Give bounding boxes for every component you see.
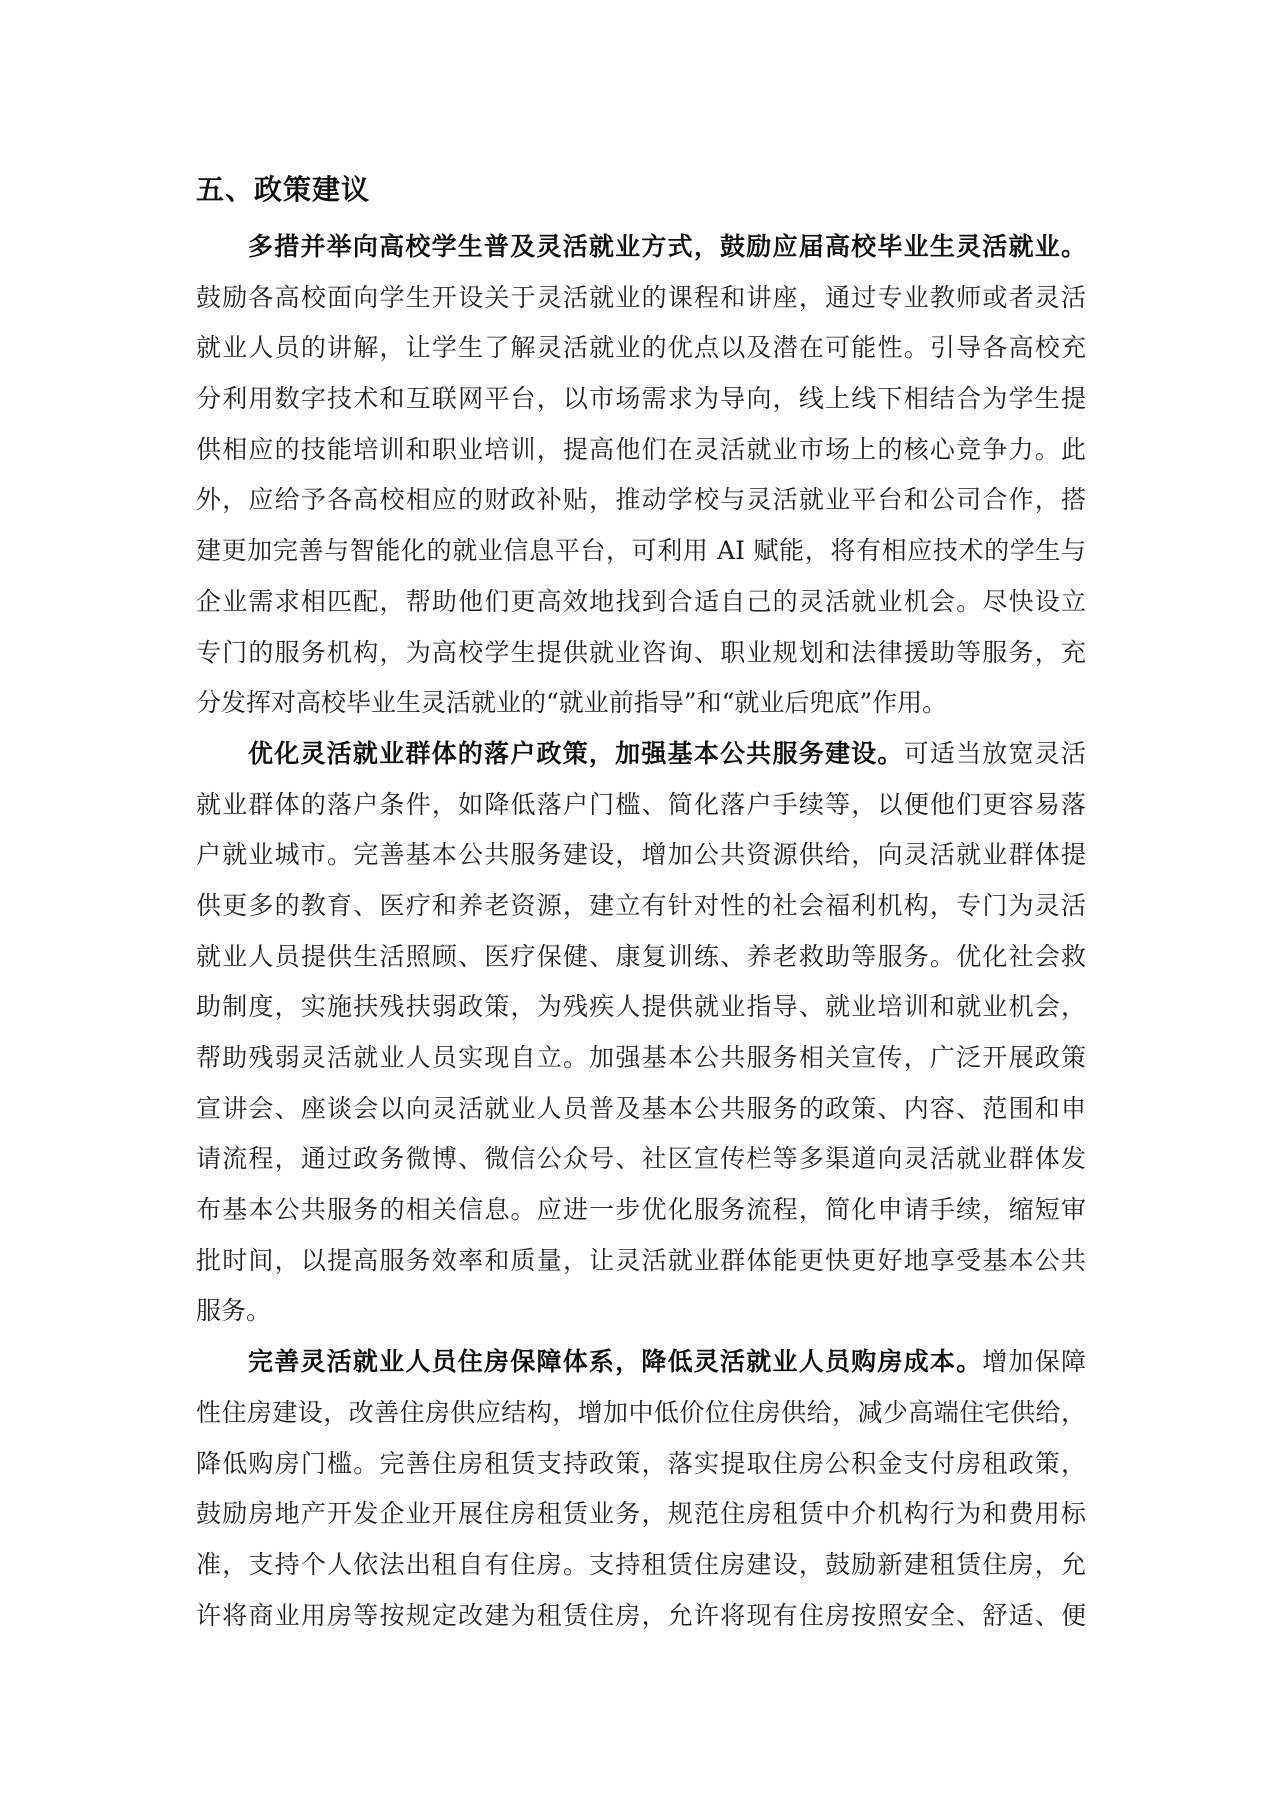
paragraph-2-line: 帮助残弱灵活就业人员实现自立。加强基本公共服务相关宣传，广泛开展政策 [196, 1033, 1086, 1084]
paragraph-1-line: 专门的服务机构，为高校学生提供就业咨询、职业规划和法律援助等服务，充 [196, 628, 1086, 679]
paragraph-3-lead-tail: 增加保障 [982, 1347, 1086, 1376]
paragraph-1-line: 建更加完善与智能化的就业信息平台，可利用 AI 赋能，将有相应技术的学生与 [196, 526, 1086, 577]
section-heading: 五、政策建议 [196, 172, 370, 208]
paragraph-1-line: 就业人员的讲解，让学生了解灵活就业的优点以及潜在可能性。引导各高校充 [196, 323, 1086, 374]
paragraph-2-line: 就业人员提供生活照顾、医疗保健、康复训练、养老救助等服务。优化社会救 [196, 932, 1086, 983]
paragraph-2-line: 助制度，实施扶残扶弱政策，为残疾人提供就业指导、就业培训和就业机会， [196, 982, 1086, 1033]
document-page: 五、政策建议 多措并举向高校学生普及灵活就业方式，鼓励应届高校毕业生灵活就业。 … [0, 0, 1280, 1810]
paragraph-3-line: 性住房建设，改善住房供应结构，增加中低价位住房供给，减少高端住宅供给， [196, 1388, 1086, 1439]
paragraph-1-line: 外，应给予各高校相应的财政补贴，推动学校与灵活就业平台和公司合作，搭 [196, 475, 1086, 526]
paragraph-2-line: 户就业城市。完善基本公共服务建设，增加公共资源供给，向灵活就业群体提 [196, 830, 1086, 881]
paragraph-2-lead-tail: 可适当放宽灵活 [904, 739, 1086, 768]
paragraph-2-lead: 优化灵活就业群体的落户政策，加强基本公共服务建设。 [248, 739, 904, 768]
paragraph-3-line: 准，支持个人依法出租自有住房。支持租赁住房建设，鼓励新建租赁住房，允 [196, 1540, 1086, 1591]
paragraph-2-line: 请流程，通过政务微博、微信公众号、社区宣传栏等多渠道向灵活就业群体发 [196, 1134, 1086, 1185]
paragraph-2-line: 宣讲会、座谈会以向灵活就业人员普及基本公共服务的政策、内容、范围和申 [196, 1084, 1086, 1135]
document-body: 多措并举向高校学生普及灵活就业方式，鼓励应届高校毕业生灵活就业。 鼓励各高校面向… [196, 222, 1086, 1641]
paragraph-2-line: 服务。 [196, 1286, 1086, 1337]
paragraph-3-line: 鼓励房地产开发企业开展住房租赁业务，规范住房租赁中介机构行为和费用标 [196, 1489, 1086, 1540]
paragraph-1-lead: 多措并举向高校学生普及灵活就业方式，鼓励应届高校毕业生灵活就业。 [248, 232, 1086, 261]
paragraph-1-line: 供相应的技能培训和职业培训，提高他们在灵活就业市场上的核心竞争力。此 [196, 425, 1086, 476]
paragraph-1-line: 鼓励各高校面向学生开设关于灵活就业的课程和讲座，通过专业教师或者灵活 [196, 273, 1086, 324]
paragraph-3-line: 降低购房门槛。完善住房租赁支持政策，落实提取住房公积金支付房租政策， [196, 1439, 1086, 1490]
paragraph-1-line: 企业需求相匹配，帮助他们更高效地找到合适自己的灵活就业机会。尽快设立 [196, 577, 1086, 628]
paragraph-2-lead-line: 优化灵活就业群体的落户政策，加强基本公共服务建设。可适当放宽灵活 [196, 729, 1086, 780]
paragraph-3-lead: 完善灵活就业人员住房保障体系，降低灵活就业人员购房成本。 [248, 1347, 982, 1376]
paragraph-2-line: 供更多的教育、医疗和养老资源，建立有针对性的社会福利机构，专门为灵活 [196, 881, 1086, 932]
paragraph-3-lead-line: 完善灵活就业人员住房保障体系，降低灵活就业人员购房成本。增加保障 [196, 1337, 1086, 1388]
paragraph-1-line: 分发挥对高校毕业生灵活就业的“就业前指导”和“就业后兜底”作用。 [196, 678, 1086, 729]
paragraph-2-line: 布基本公共服务的相关信息。应进一步优化服务流程，简化申请手续，缩短审 [196, 1185, 1086, 1236]
paragraph-3-line: 许将商业用房等按规定改建为租赁住房，允许将现有住房按照安全、舒适、便 [196, 1591, 1086, 1642]
paragraph-1-line: 分利用数字技术和互联网平台，以市场需求为导向，线上线下相结合为学生提 [196, 374, 1086, 425]
paragraph-2-line: 就业群体的落户条件，如降低落户门槛、简化落户手续等，以便他们更容易落 [196, 780, 1086, 831]
paragraph-1-lead-line: 多措并举向高校学生普及灵活就业方式，鼓励应届高校毕业生灵活就业。 [196, 222, 1086, 273]
paragraph-2-line: 批时间，以提高服务效率和质量，让灵活就业群体能更快更好地享受基本公共 [196, 1236, 1086, 1287]
